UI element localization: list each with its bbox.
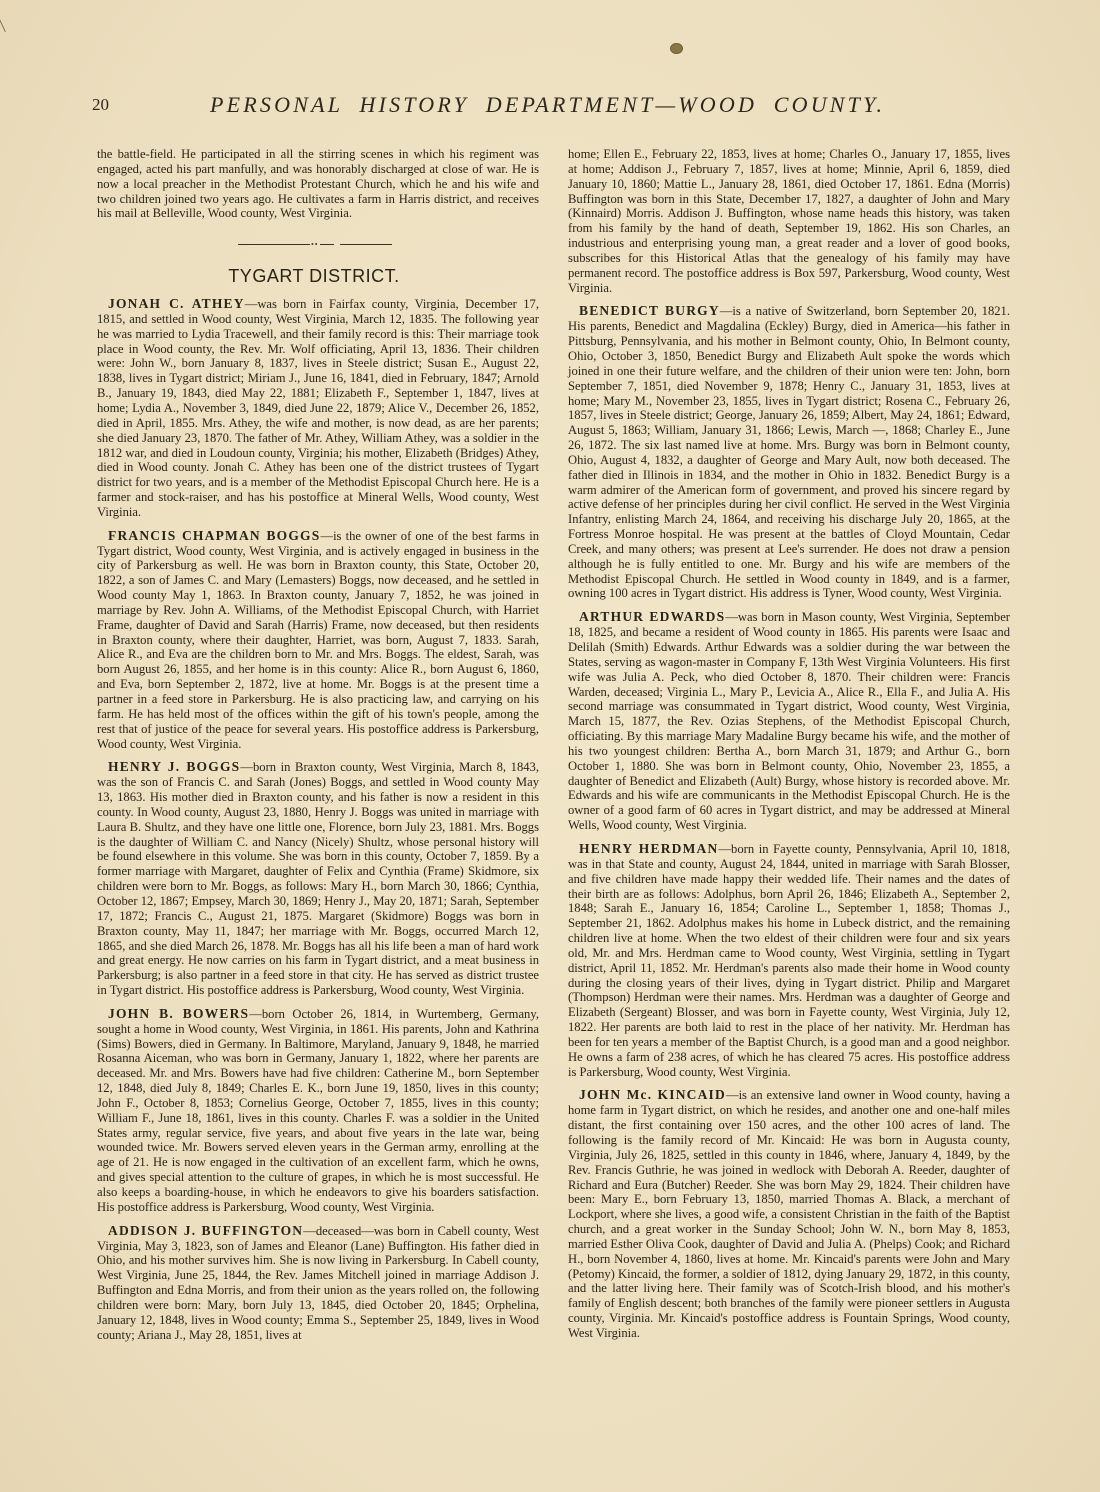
- biography-entry: ADDISON J. BUFFINGTON—deceased—was born …: [97, 1224, 539, 1343]
- entry-text: —is an extensive land owner in Wood coun…: [568, 1088, 1010, 1340]
- biography-entry: JOHN Mc. KINCAID—is an extensive land ow…: [568, 1088, 1010, 1340]
- entry-name: JOHN B. BOWERS: [108, 1006, 249, 1021]
- biography-entry: BENEDICT BURGY—is a native of Switzerlan…: [568, 304, 1010, 601]
- section-divider-ornament: ••: [238, 243, 392, 247]
- continued-paragraph: the battle-field. He participated in all…: [97, 147, 539, 221]
- running-title: PERSONAL HISTORY DEPARTMENT—WOOD COUNTY.: [210, 92, 910, 118]
- biography-entry: HENRY J. BOGGS—born in Braxton county, W…: [97, 760, 539, 998]
- biography-entry: FRANCIS CHAPMAN BOGGS—is the owner of on…: [97, 529, 539, 752]
- entry-name: JONAH C. ATHEY: [108, 296, 245, 311]
- entry-name: BENEDICT BURGY: [579, 303, 720, 318]
- binding-hole-dot: [670, 43, 683, 54]
- continued-paragraph: home; Ellen E., February 22, 1853, lives…: [568, 147, 1010, 295]
- entry-name: FRANCIS CHAPMAN BOGGS: [108, 528, 320, 543]
- page-header: 20 PERSONAL HISTORY DEPARTMENT—WOOD COUN…: [0, 95, 1100, 125]
- entry-text: —born October 26, 1814, in Wurtemberg, G…: [97, 1007, 539, 1214]
- left-column: the battle-field. He participated in all…: [97, 147, 539, 1351]
- entry-name: HENRY HERDMAN: [579, 841, 718, 856]
- entry-text: —was born in Fairfax county, Virginia, D…: [97, 297, 539, 519]
- entry-name: HENRY J. BOGGS: [108, 759, 240, 774]
- section-title: TYGART DISTRICT.: [93, 269, 535, 284]
- entry-text: —born in Fayette county, Pennsylvania, A…: [568, 842, 1010, 1079]
- entry-name: ADDISON J. BUFFINGTON: [108, 1223, 303, 1238]
- entry-text: —is a native of Switzerland, born Septem…: [568, 304, 1010, 600]
- entry-text: —born in Braxton county, West Virginia, …: [97, 760, 539, 997]
- biography-entry: JOHN B. BOWERS—born October 26, 1814, in…: [97, 1007, 539, 1215]
- page-number: 20: [92, 95, 109, 115]
- entry-text: —is the owner of one of the best farms i…: [97, 529, 539, 751]
- biography-entry: JONAH C. ATHEY—was born in Fairfax count…: [97, 297, 539, 520]
- page-edge-mark: [0, 10, 9, 32]
- biography-entry: HENRY HERDMAN—born in Fayette county, Pe…: [568, 842, 1010, 1080]
- entry-name: ARTHUR EDWARDS: [579, 609, 725, 624]
- biography-entry: ARTHUR EDWARDS—was born in Mason county,…: [568, 610, 1010, 833]
- entry-name: JOHN Mc. KINCAID: [579, 1087, 726, 1102]
- entry-text: —deceased—was born in Cabell county, Wes…: [97, 1224, 539, 1342]
- entry-text: —was born in Mason county, West Virginia…: [568, 610, 1010, 832]
- right-column: home; Ellen E., February 22, 1853, lives…: [568, 147, 1010, 1350]
